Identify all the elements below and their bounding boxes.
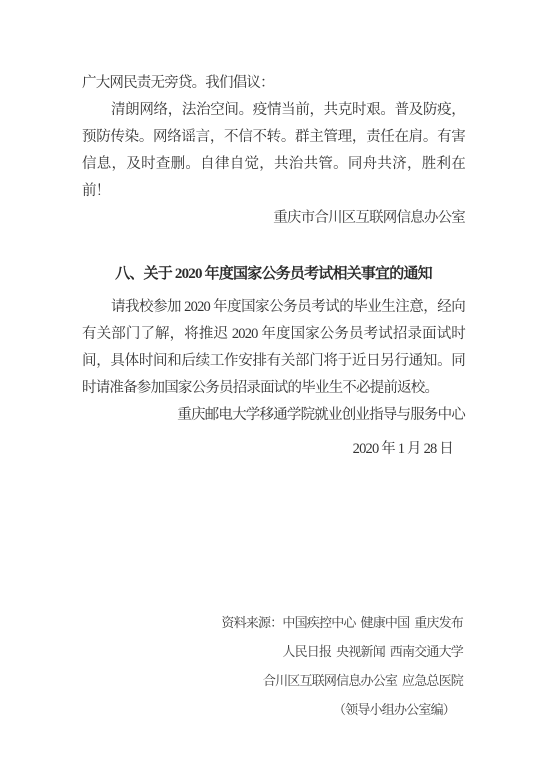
notice-paragraph: 请我校参加 2020 年度国家公务员考试的毕业生注意，经向有关部门了解，将推迟 … [82, 294, 465, 402]
document-date: 2020 年 1 月 28 日 [82, 436, 465, 463]
footer-source-line-1: 资料来源：中国疾控中心 健康中国 重庆发布 [82, 608, 463, 637]
footer-editor-line: （领导小组办公室编） [82, 695, 463, 724]
signature-hechuan-internet-office: 重庆市合川区互联网信息办公室 [82, 205, 465, 232]
source-footer: 资料来源：中国疾控中心 健康中国 重庆发布 人民日报 央视新闻 西南交通大学 合… [82, 608, 465, 724]
intro-line: 广大网民责无旁贷。我们倡议： [82, 70, 465, 97]
proposal-paragraph: 清朗网络，法治空间。疫情当前，共克时艰。普及防疫，预防传染。网络谣言，不信不转。… [82, 97, 465, 205]
section-heading-notice-8: 八、关于 2020 年度国家公务员考试相关事宜的通知 [82, 260, 465, 288]
document-content: 广大网民责无旁贷。我们倡议： 清朗网络，法治空间。疫情当前，共克时艰。普及防疫，… [82, 70, 465, 724]
footer-source-line-3: 合川区互联网信息办公室 应急总医院 [82, 666, 463, 695]
footer-source-line-2: 人民日报 央视新闻 西南交通大学 [82, 637, 463, 666]
document-page: 广大网民责无旁贷。我们倡议： 清朗网络，法治空间。疫情当前，共克时艰。普及防疫，… [0, 0, 543, 768]
signature-career-service-center: 重庆邮电大学移通学院就业创业指导与服务中心 [82, 402, 465, 429]
